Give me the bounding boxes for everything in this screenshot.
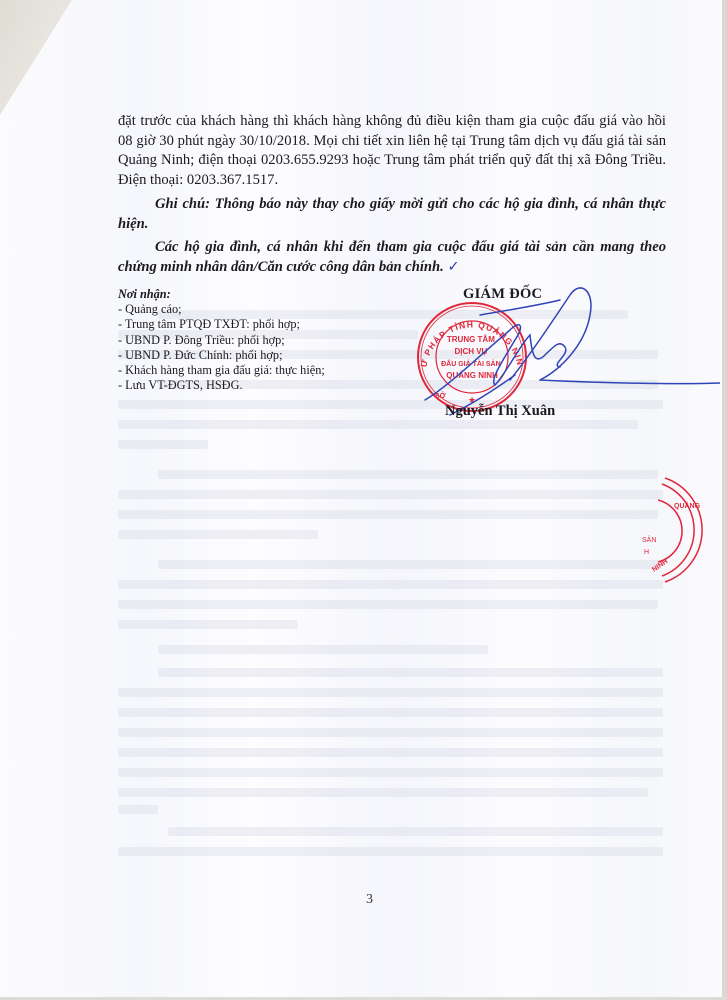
requirement-text: Các hộ gia đình, cá nhân khi đến tham gi… [118,239,666,275]
partial-stamp-text: NINH [651,558,669,574]
note-paragraph: Ghi chú: Thông báo này thay cho giấy mời… [118,195,666,234]
recipient-item: - Quảng cáo; [118,302,418,317]
page-number: 3 [366,892,373,908]
recipient-item: - Lưu VT-ĐGTS, HSĐG. [118,378,418,393]
folded-corner [0,0,75,120]
document-page: đặt trước của khách hàng thì khách hàng … [0,0,722,997]
recipient-item: - UBND P. Đông Triều: phối hợp; [118,333,418,348]
recipients-title: Nơi nhận: [118,287,418,302]
partial-stamp-text: SẢN [642,535,656,544]
recipient-item: - Khách hàng tham gia đấu giá: thực hiện… [118,363,418,378]
partial-stamp: QUẢNG SẢN H NINH [640,470,727,590]
recipient-item: - Trung tâm PTQĐ TXĐT: phối hợp; [118,317,418,332]
recipients-list: Nơi nhận: - Quảng cáo; - Trung tâm PTQĐ … [118,287,418,393]
note-text: Ghi chú: Thông báo này thay cho giấy mời… [118,196,666,232]
partial-stamp-text: QUẢNG [674,501,701,510]
requirement-paragraph: Các hộ gia đình, cá nhân khi đến tham gi… [118,238,666,277]
partial-stamp-text: H [644,549,649,556]
recipient-item: - UBND P. Đức Chính: phối hợp; [118,348,418,363]
page-edge-right [722,0,727,1000]
check-mark-icon: ✓ [447,259,459,275]
svg-text:QUẢNG: QUẢNG [674,501,701,510]
director-name: Nguyễn Thị Xuân [445,403,555,420]
contact-paragraph: đặt trước của khách hàng thì khách hàng … [118,112,666,190]
